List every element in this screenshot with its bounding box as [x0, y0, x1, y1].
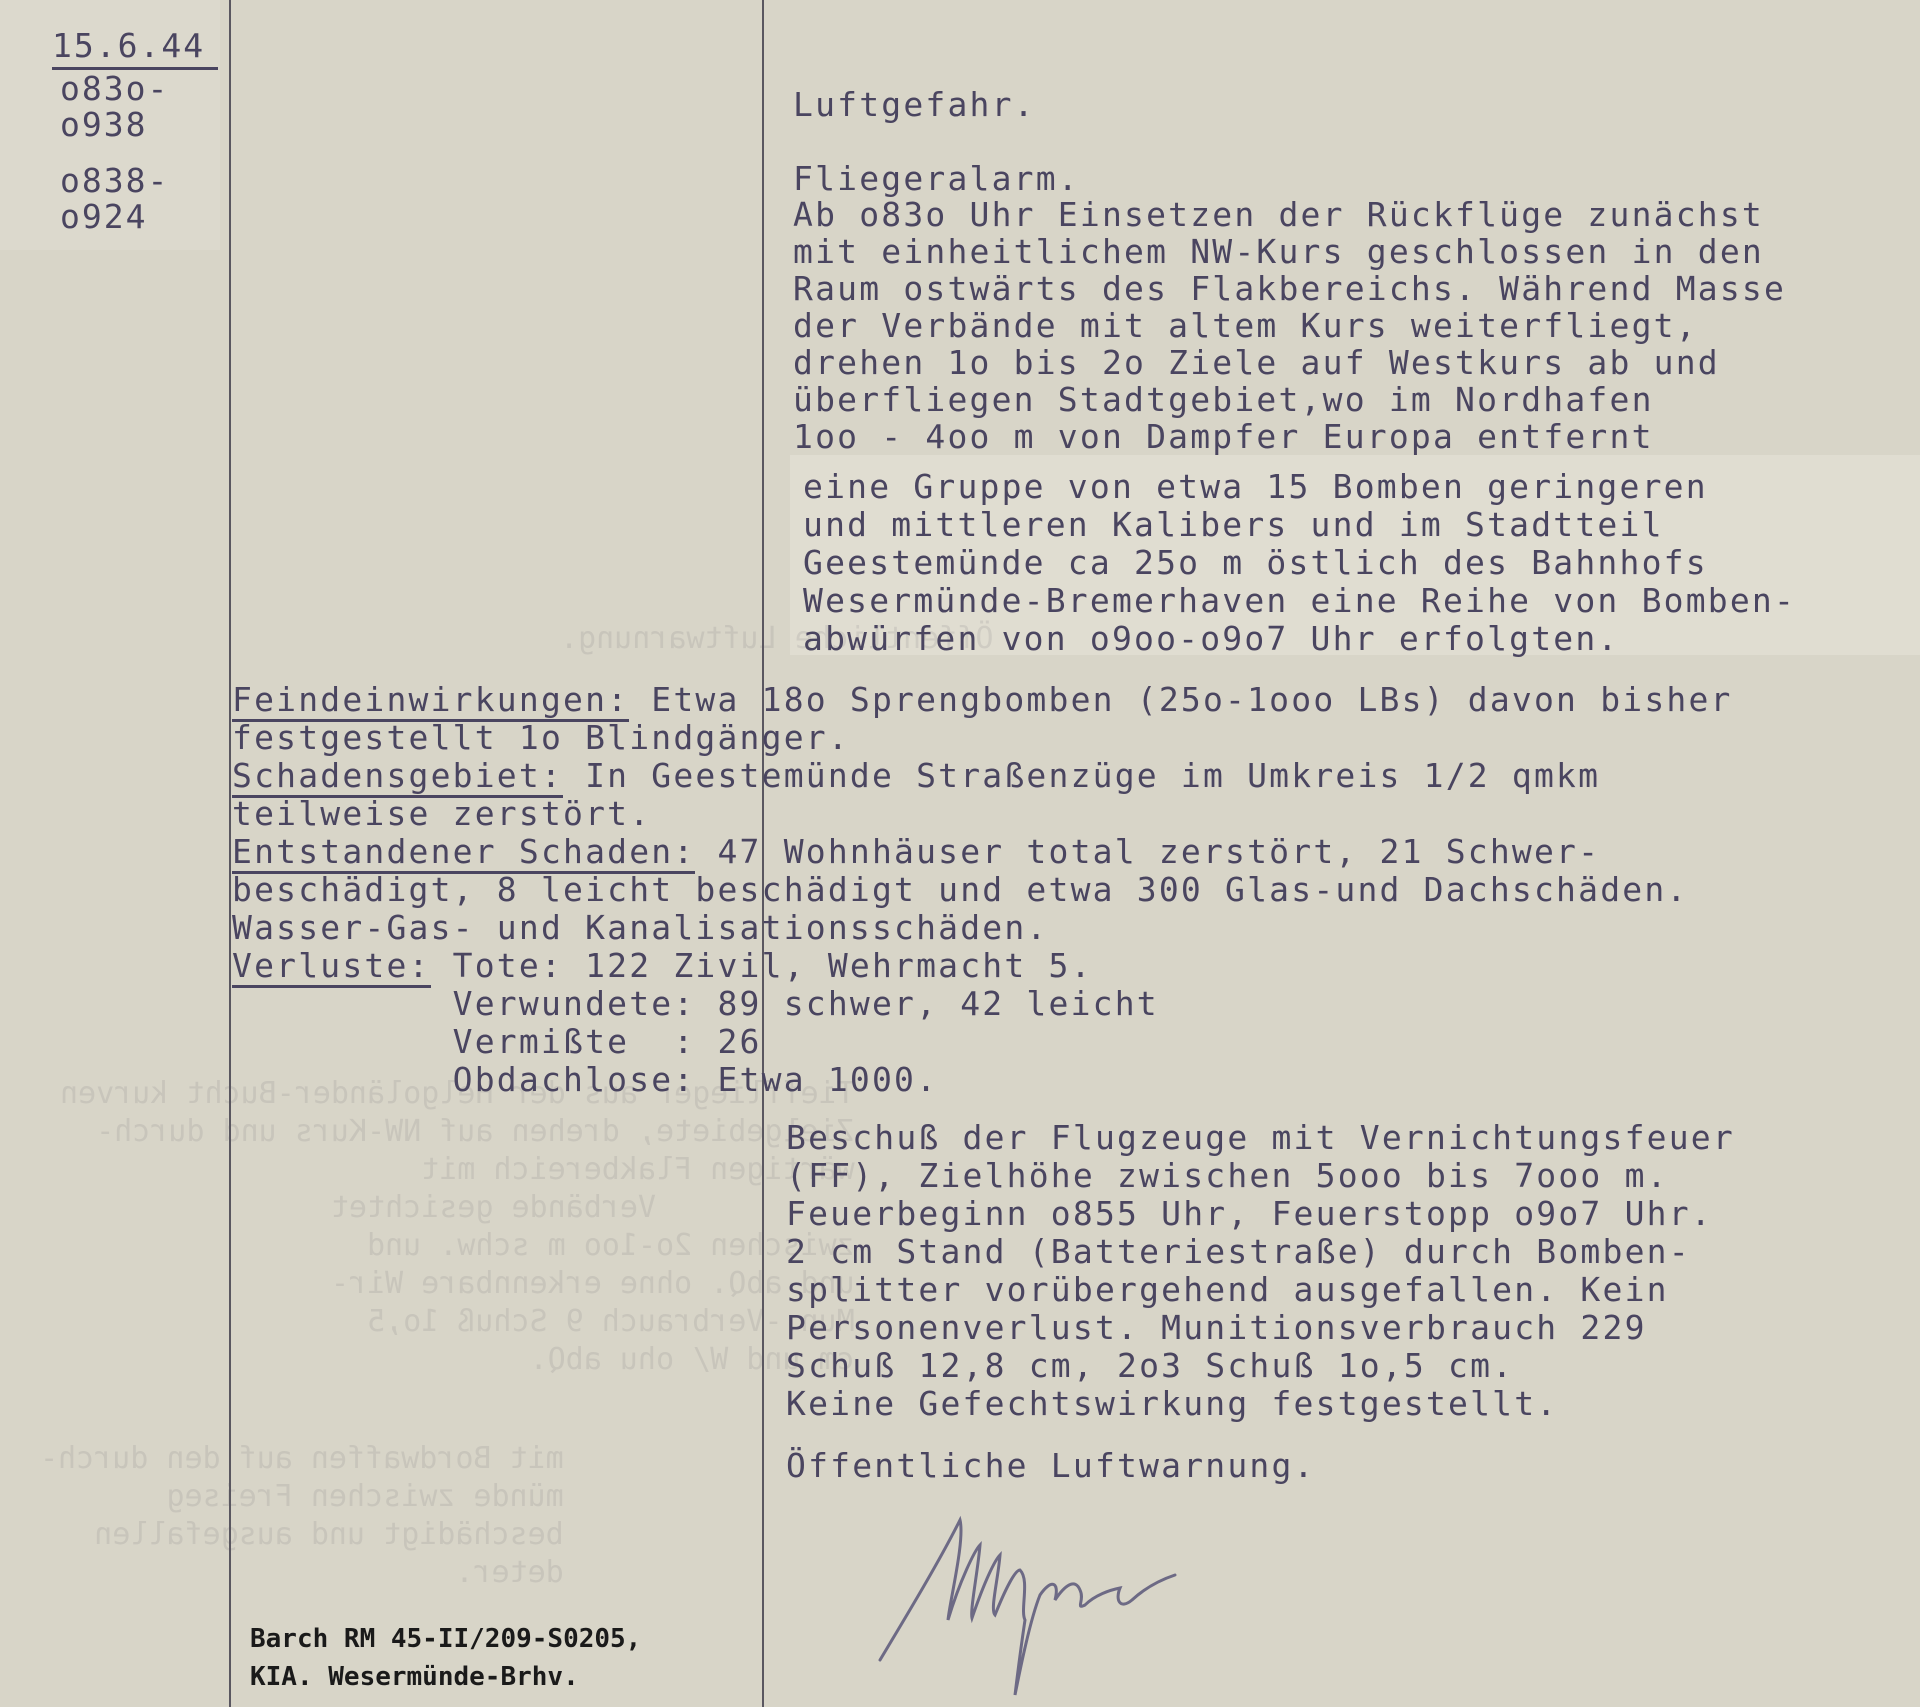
report-text: Obdachlose: Etwa 1000.: [232, 1060, 938, 1099]
column-rule-left: [229, 0, 231, 1707]
report-text: teilweise zerstört.: [232, 794, 651, 833]
report-text: Wasser-Gas- und Kanalisationsschäden.: [232, 908, 1049, 947]
report-row: Wasser-Gas- und Kanalisationsschäden.: [232, 909, 1049, 947]
signature: [870, 1500, 1270, 1700]
narrative-line: überfliegen Stadtgebiet,wo im Nordhafen: [793, 381, 1654, 419]
report-row: Entstandener Schaden: 47 Wohnhäuser tota…: [232, 833, 1600, 871]
time-end: o938: [60, 106, 147, 144]
report-row: beschädigt, 8 leicht beschädigt und etwa…: [232, 871, 1688, 909]
flak-line: (FF), Zielhöhe zwischen 5ooo bis 7ooo m.: [786, 1157, 1669, 1195]
narrative-line: drehen 1o bis 2o Ziele auf Westkurs ab u…: [793, 344, 1720, 382]
report-row: Verwundete: 89 schwer, 42 leicht: [232, 985, 1159, 1023]
bleed-through-text: Tiefflieger aus der Helgoländer-Bucht ku…: [60, 1075, 855, 1379]
archive-ref-line: KIA. Wesermünde-Brhv.: [250, 1662, 579, 1692]
event-fliegeralarm: Fliegeralarm.: [793, 160, 1080, 198]
report-text: Tote: 122 Zivil, Wehrmacht 5.: [431, 946, 1093, 985]
flak-line: Personenverlust. Munitionsverbrauch 229: [786, 1309, 1647, 1347]
narrative-line: mit einheitlichem NW-Kurs geschlossen in…: [793, 233, 1764, 271]
report-text: beschädigt, 8 leicht beschädigt und etwa…: [232, 870, 1688, 909]
narrative-line: der Verbände mit altem Kurs weiterfliegt…: [793, 307, 1698, 345]
insert-line: Geestemünde ca 25o m östlich des Bahnhof…: [803, 544, 1708, 582]
report-text: Vermißte : 26: [232, 1022, 762, 1061]
time-start: o83o-: [60, 70, 169, 108]
report-label: Verluste:: [232, 946, 431, 988]
narrative-line: Raum ostwärts des Flakbereichs. Während …: [793, 270, 1786, 308]
report-row: festgestellt 1o Blindgänger.: [232, 719, 850, 757]
insert-line: und mittleren Kalibers und im Stadtteil: [803, 506, 1664, 544]
report-text: festgestellt 1o Blindgänger.: [232, 718, 850, 757]
flak-line: 2 cm Stand (Batteriestraße) durch Bomben…: [786, 1233, 1691, 1271]
report-row: teilweise zerstört.: [232, 795, 651, 833]
report-label: Entstandener Schaden:: [232, 832, 695, 874]
flak-line: Keine Gefechtswirkung festgestellt.: [786, 1385, 1558, 1423]
narrative-line: Ab o83o Uhr Einsetzen der Rückflüge zunä…: [793, 196, 1764, 234]
insert-line: abwürfen von o9oo-o9o7 Uhr erfolgten.: [803, 620, 1620, 658]
report-row: Schadensgebiet: In Geestemünde Straßenzü…: [232, 757, 1600, 795]
narrative-line: 1oo - 4oo m von Dampfer Europa entfernt: [793, 418, 1654, 456]
report-row: Obdachlose: Etwa 1000.: [232, 1061, 938, 1099]
report-text: 47 Wohnhäuser total zerstört, 21 Schwer-: [695, 832, 1600, 871]
report-row: Verluste: Tote: 122 Zivil, Wehrmacht 5.: [232, 947, 1093, 985]
closing-line: Öffentliche Luftwarnung.: [786, 1447, 1316, 1485]
report-text: In Geestemünde Straßenzüge im Umkreis 1/…: [563, 756, 1600, 795]
flak-line: Beschuß der Flugzeuge mit Vernichtungsfe…: [786, 1119, 1735, 1157]
archive-reference: Barch RM 45-II/209-S0205, KIA. Wesermünd…: [250, 1620, 641, 1696]
event-luftgefahr: Luftgefahr.: [793, 86, 1036, 124]
flak-line: Schuß 12,8 cm, 2o3 Schuß 1o,5 cm.: [786, 1347, 1514, 1385]
flak-line: splitter vorübergehend ausgefallen. Kein: [786, 1271, 1669, 1309]
report-label: Feindeinwirkungen:: [232, 680, 629, 722]
bleed-through-text: mit Bordwaffen auf den durch- münde zwis…: [40, 1440, 564, 1592]
flak-line: Feuerbeginn o855 Uhr, Feuerstopp o9o7 Uh…: [786, 1195, 1713, 1233]
report-row: Vermißte : 26: [232, 1023, 762, 1061]
report-text: Etwa 18o Sprengbomben (25o-1ooo LBs) dav…: [629, 680, 1732, 719]
time-start: o838-: [60, 162, 169, 200]
insert-line: Wesermünde-Bremerhaven eine Reihe von Bo…: [803, 582, 1796, 620]
report-date: 15.6.44: [52, 26, 218, 70]
report-row: Feindeinwirkungen: Etwa 18o Sprengbomben…: [232, 681, 1733, 719]
time-end: o924: [60, 198, 147, 236]
report-label: Schadensgebiet:: [232, 756, 563, 798]
report-text: Verwundete: 89 schwer, 42 leicht: [232, 984, 1159, 1023]
archive-ref-line: Barch RM 45-II/209-S0205,: [250, 1624, 641, 1654]
insert-line: eine Gruppe von etwa 15 Bomben geringere…: [803, 468, 1708, 506]
